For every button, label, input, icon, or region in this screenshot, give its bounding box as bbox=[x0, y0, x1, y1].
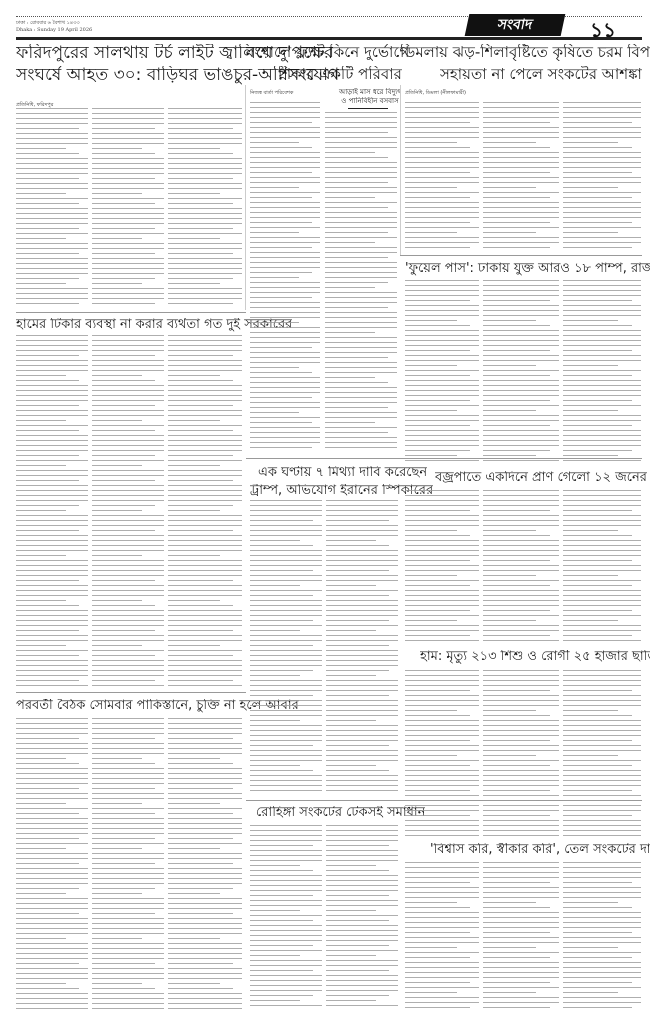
headline-fuel-pass: 'ফুয়েল পাস': ঢাকায় যুক্ত আরও ১৮ পাম্প,… bbox=[405, 262, 650, 277]
article-body-column bbox=[563, 862, 641, 1012]
masthead-rule bbox=[16, 37, 642, 40]
article-body-column bbox=[483, 280, 559, 465]
dateline-bengali: ঢাকা : রোববার ৬ বৈশাখ ১৪৩৩ bbox=[16, 20, 92, 27]
article-body-column bbox=[16, 108, 88, 310]
headline-oil-crisis: 'বিশ্বাস করি, স্বীকার করি', তেল সংকটের দ… bbox=[430, 843, 650, 858]
headline-measles-deaths: হাম: মৃত্যু ২১৩ শিশু ও রোগী ২৫ হাজার ছাড… bbox=[420, 650, 650, 665]
column-divider bbox=[245, 85, 246, 310]
article-body-column bbox=[563, 102, 641, 252]
article-body-column bbox=[250, 102, 320, 454]
article-body-column bbox=[405, 102, 479, 252]
headline-bongshal-line2: শিকার একটি পরিবার bbox=[278, 66, 402, 83]
dateline: ঢাকা : রোববার ৬ বৈশাখ ১৪৩৩ Dhaka : Sunda… bbox=[16, 20, 92, 34]
article-body-column bbox=[563, 280, 641, 465]
column-divider bbox=[400, 85, 401, 255]
subhead-underline bbox=[348, 108, 388, 109]
headline-lightning: বজ্রপাতে একদিনে প্রাণ গেলো ১২ জনের bbox=[435, 471, 647, 486]
article-body-column bbox=[326, 500, 398, 798]
article-body-column bbox=[92, 108, 164, 310]
byline-dimla: প্রতিনিধি, ডিমলা (নীলফামারী) bbox=[405, 90, 466, 98]
article-body-column bbox=[168, 108, 242, 310]
article-body-column bbox=[563, 490, 641, 645]
headline-dimla-line1: ডিমলায় ঝড়-শিলাবৃষ্টিতে কৃষিতে চরম বিপর… bbox=[400, 44, 650, 61]
article-body-column bbox=[405, 862, 479, 1012]
byline-bongshal: নিজস্ব বার্তা পরিবেশক bbox=[250, 90, 293, 98]
section-divider bbox=[16, 692, 246, 693]
subhead-box-line1: আড়াই মাস ধরে বিদ্যুৎ bbox=[335, 88, 405, 96]
article-body-column bbox=[250, 825, 322, 1013]
dateline-english: Dhaka : Sunday 19 April 2026 bbox=[16, 27, 92, 34]
section-divider bbox=[16, 312, 246, 313]
article-body-column bbox=[325, 112, 397, 452]
headline-rohingya: রোহিঙ্গা সংকটের টেকসই সমাধান bbox=[256, 806, 425, 821]
article-body-column bbox=[168, 335, 242, 690]
article-body-column bbox=[326, 825, 398, 1013]
subhead-box-line2: ও পানিবিহীন বসবাস bbox=[335, 97, 405, 105]
article-body-column bbox=[405, 490, 479, 645]
article-body-column bbox=[483, 102, 559, 252]
article-body-column bbox=[483, 670, 559, 840]
article-body-column bbox=[16, 718, 88, 1013]
article-body-column bbox=[92, 335, 164, 690]
article-body-column bbox=[483, 490, 559, 645]
newspaper-logo: সংবাদ bbox=[465, 14, 566, 36]
article-body-column bbox=[92, 718, 164, 1013]
article-body-column bbox=[563, 670, 641, 840]
article-body-column bbox=[16, 335, 88, 690]
article-body-column bbox=[168, 718, 242, 1013]
article-body-column bbox=[483, 862, 559, 1012]
article-body-column bbox=[250, 500, 322, 798]
headline-bongshal-line1: বংশালে ফ্ল্যাট কিনে দুর্ভোগে bbox=[246, 44, 409, 61]
article-body-column bbox=[405, 280, 479, 465]
headline-trump-line1: এক ঘণ্টায় ৭ মিথ্যা দাবি করেছেন bbox=[258, 466, 427, 481]
article-body-column bbox=[405, 670, 479, 840]
headline-dimla-line2: সহায়তা না পেলে সংকটের আশঙ্কা bbox=[440, 66, 642, 83]
section-divider bbox=[400, 255, 642, 256]
